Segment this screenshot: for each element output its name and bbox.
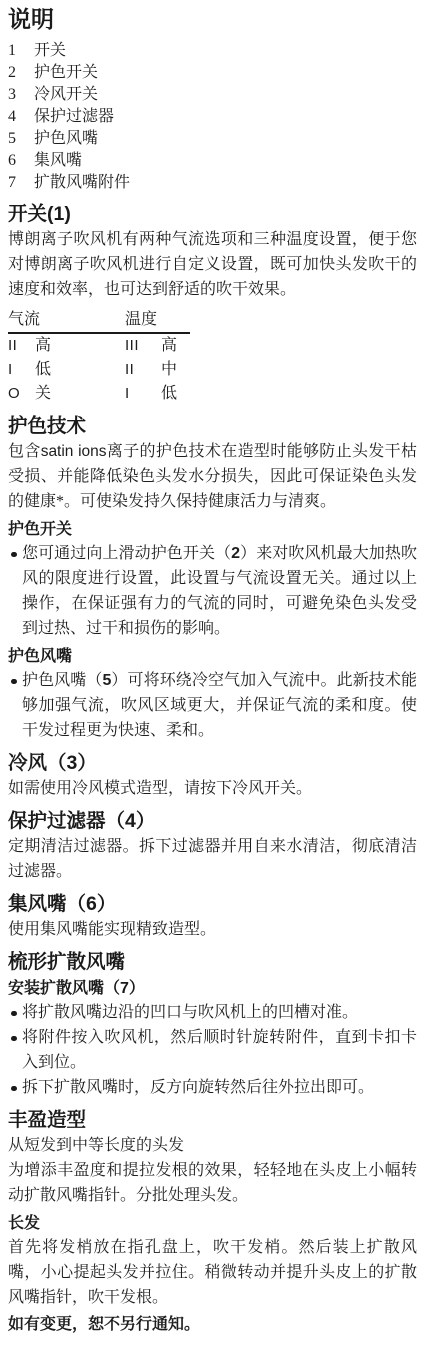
airflow-setting-symbol: O <box>8 382 35 406</box>
table-row: O 关 I 低 <box>8 382 190 406</box>
parts-list: 1 开关 2 护色开关 3 冷风开关 4 保护过滤器 5 护色风嘴 6 集风嘴 … <box>8 40 417 194</box>
bullet-item: 将附件按入吹风机，然后顺时针旋转附件，直到卡扣卡入到位。 <box>8 1025 417 1075</box>
subheading-long-hair: 长发 <box>8 1214 417 1233</box>
part-label: 集风嘴 <box>34 150 82 172</box>
section-diffuser: 梳形扩散风嘴 安装扩散风嘴（7） 将扩散风嘴边沿的凹口与吹风机上的凹槽对准。 将… <box>8 951 417 1100</box>
part-label: 扩散风嘴附件 <box>34 172 130 194</box>
part-label: 开关 <box>34 40 66 62</box>
temperature-setting-symbol: III <box>125 333 161 358</box>
airflow-setting-label: 低 <box>35 358 125 382</box>
part-label: 护色开关 <box>34 62 98 84</box>
section-heading-cold-shot: 冷风（3） <box>8 752 417 774</box>
airflow-setting-label: 关 <box>35 382 125 406</box>
intro-text-pre: 包含 <box>8 443 41 460</box>
part-label: 冷风开关 <box>34 84 98 106</box>
section-heading-protective-filter: 保护过滤器（4） <box>8 810 417 832</box>
temperature-setting-label: 高 <box>161 333 190 358</box>
switch-intro-paragraph: 博朗离子吹风机有两种气流选项和三种温度设置，便于您对博朗离子吹风机进行自定义设置… <box>8 227 417 302</box>
section-switch: 开关(1) 博朗离子吹风机有两种气流选项和三种温度设置，便于您对博朗离子吹风机进… <box>8 203 417 406</box>
parts-list-item: 3 冷风开关 <box>8 84 417 106</box>
table-row: II 高 III 高 <box>8 333 190 358</box>
part-reference-number: 5 <box>102 672 111 689</box>
section-cold-shot: 冷风（3） 如需使用冷风模式造型，请按下冷风开关。 <box>8 752 417 801</box>
volume-instructions-paragraph: 为增添丰盈度和提拉发根的效果，轻轻地在头皮上小幅转动扩散风嘴指针。分批处理头发。 <box>8 1158 417 1208</box>
parts-list-item: 6 集风嘴 <box>8 150 417 172</box>
diffuser-install-bullets: 将扩散风嘴边沿的凹口与吹风机上的凹槽对准。 将附件按入吹风机，然后顺时针旋转附件… <box>8 1000 417 1100</box>
long-hair-instructions-paragraph: 首先将发梢放在指孔盘上，吹干发梢。然后装上扩散风嘴，小心提起头发并拉住。稍微转动… <box>8 1235 417 1310</box>
volume-hair-length-line: 从短发到中等长度的头发 <box>8 1133 417 1158</box>
part-number: 7 <box>8 172 34 194</box>
section-heading-switch: 开关(1) <box>8 203 417 225</box>
temperature-column-header: 温度 <box>125 310 190 333</box>
page-title: 说明 <box>8 6 417 33</box>
manual-page: 说明 1 开关 2 护色开关 3 冷风开关 4 保护过滤器 5 护色风嘴 6 集… <box>0 0 425 1345</box>
subheading-diffuser-install: 安装扩散风嘴（7） <box>8 979 417 998</box>
airflow-column-header: 气流 <box>8 310 125 333</box>
color-care-nozzle-bullets: 护色风嘴（5）可将环绕冷空气加入气流中。此新技术能够加强气流，吹风区域更大，并保… <box>8 668 417 743</box>
section-protective-filter: 保护过滤器（4） 定期清洁过滤器。拆下过滤器并用自来水清洁，彻底清洁过滤器。 <box>8 810 417 884</box>
section-heading-diffuser: 梳形扩散风嘴 <box>8 951 417 973</box>
part-number: 2 <box>8 62 34 84</box>
part-number: 3 <box>8 84 34 106</box>
temperature-setting-symbol: II <box>125 358 161 382</box>
part-number: 6 <box>8 150 34 172</box>
section-heading-color-care: 护色技术 <box>8 415 417 437</box>
subheading-color-care-switch: 护色开关 <box>8 520 417 539</box>
parts-list-item: 7 扩散风嘴附件 <box>8 172 417 194</box>
bullet-item: 将扩散风嘴边沿的凹口与吹风机上的凹槽对准。 <box>8 1000 417 1025</box>
temperature-setting-symbol: I <box>125 382 161 406</box>
temperature-setting-label: 中 <box>161 358 190 382</box>
bullet-text-pre: 您可通过向上滑动护色开关（ <box>22 545 231 562</box>
airflow-setting-label: 高 <box>35 333 125 358</box>
section-volume-styling: 丰盈造型 从短发到中等长度的头发 为增添丰盈度和提拉发根的效果，轻轻地在头皮上小… <box>8 1109 417 1335</box>
subject-to-change-note: 如有变更，恕不另行通知。 <box>8 1314 417 1335</box>
temperature-setting-label: 低 <box>161 382 190 406</box>
bullet-text-pre: 护色风嘴（ <box>22 672 102 689</box>
color-care-intro-paragraph: 包含satin ions离子的护色技术在造型时能够防止头发干枯受损、并能降低染色… <box>8 439 417 514</box>
section-color-care: 护色技术 包含satin ions离子的护色技术在造型时能够防止头发干枯受损、并… <box>8 415 417 743</box>
part-number: 5 <box>8 128 34 150</box>
airflow-setting-symbol: I <box>8 358 35 382</box>
part-reference-number: 2 <box>231 545 240 562</box>
satin-ions-text: satin ions <box>41 443 107 460</box>
parts-list-item: 1 开关 <box>8 40 417 62</box>
part-number: 1 <box>8 40 34 62</box>
table-header-row: 气流 温度 <box>8 310 190 333</box>
part-label: 护色风嘴 <box>34 128 98 150</box>
bullet-item: 拆下扩散风嘴时，反方向旋转然后往外拉出即可。 <box>8 1075 417 1100</box>
cold-shot-paragraph: 如需使用冷风模式造型，请按下冷风开关。 <box>8 776 417 801</box>
section-heading-concentrator: 集风嘴（6） <box>8 893 417 915</box>
part-label: 保护过滤器 <box>34 106 114 128</box>
section-concentrator: 集风嘴（6） 使用集风嘴能实现精致造型。 <box>8 893 417 942</box>
subheading-color-care-nozzle: 护色风嘴 <box>8 647 417 666</box>
table-row: I 低 II 中 <box>8 358 190 382</box>
bullet-item: 护色风嘴（5）可将环绕冷空气加入气流中。此新技术能够加强气流，吹风区域更大，并保… <box>8 668 417 743</box>
parts-list-item: 5 护色风嘴 <box>8 128 417 150</box>
color-care-switch-bullets: 您可通过向上滑动护色开关（2）来对吹风机最大加热吹风的限度进行设置，此设置与气流… <box>8 541 417 641</box>
parts-list-item: 2 护色开关 <box>8 62 417 84</box>
protective-filter-paragraph: 定期清洁过滤器。拆下过滤器并用自来水清洁，彻底清洁过滤器。 <box>8 834 417 884</box>
concentrator-paragraph: 使用集风嘴能实现精致造型。 <box>8 917 417 942</box>
airflow-temperature-table: 气流 温度 II 高 III 高 I 低 II 中 O <box>8 310 190 406</box>
parts-list-item: 4 保护过滤器 <box>8 106 417 128</box>
airflow-setting-symbol: II <box>8 333 35 358</box>
section-heading-volume-styling: 丰盈造型 <box>8 1109 417 1131</box>
part-number: 4 <box>8 106 34 128</box>
bullet-item: 您可通过向上滑动护色开关（2）来对吹风机最大加热吹风的限度进行设置，此设置与气流… <box>8 541 417 641</box>
